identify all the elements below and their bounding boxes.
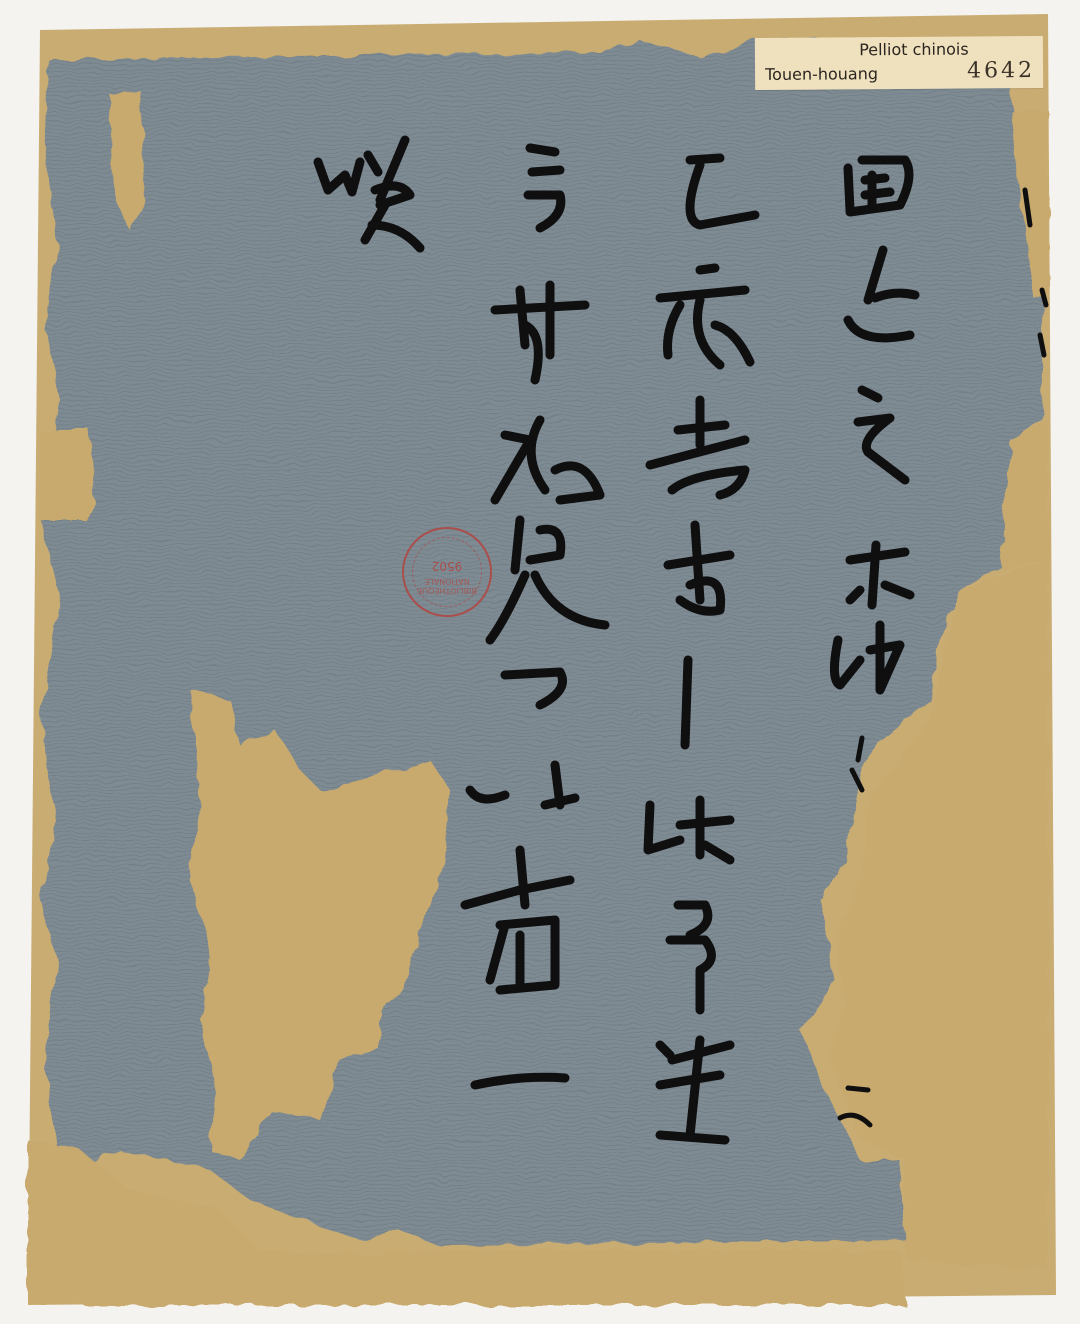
stamp-text: BIBLIOTHÈQUE NATIONALE [404,577,490,595]
manuscript-paper-shapes [0,0,1080,1324]
stamp-number: 9502 [404,559,490,573]
library-stamp: 9502 BIBLIOTHÈQUE NATIONALE [402,527,492,617]
catalogue-label: Pelliot chinois Touen-houang 4642 [755,36,1043,90]
loss-left-1 [40,430,95,520]
manuscript-photo: Pelliot chinois Touen-houang 4642 9502 B… [0,0,1080,1324]
label-origin: Touen-houang [765,64,878,84]
label-collection: Pelliot chinois [755,39,1043,60]
label-number: 4642 [967,58,1035,83]
